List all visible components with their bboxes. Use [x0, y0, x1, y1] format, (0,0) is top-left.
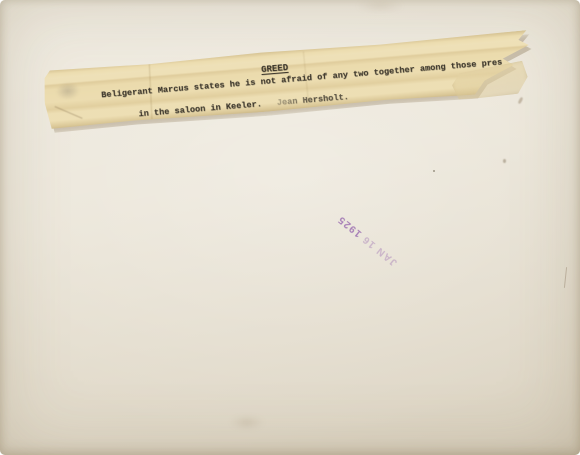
paper-speck: [503, 159, 506, 163]
stamp-month-day: JAN 16: [360, 233, 399, 268]
stamp-year: 1925: [336, 213, 364, 239]
photo-back-card: GREED Beligerant Marcus states he is not…: [0, 0, 580, 455]
paper-mark: [518, 97, 524, 105]
paper-stain-top: [356, 0, 404, 12]
date-stamp: JAN 16 1925: [322, 214, 413, 292]
screenshot-stage: GREED Beligerant Marcus states he is not…: [0, 0, 580, 455]
paper-fiber: [564, 267, 567, 288]
paper-speck: [433, 170, 435, 172]
paper-smudge-bottom: [230, 416, 264, 429]
